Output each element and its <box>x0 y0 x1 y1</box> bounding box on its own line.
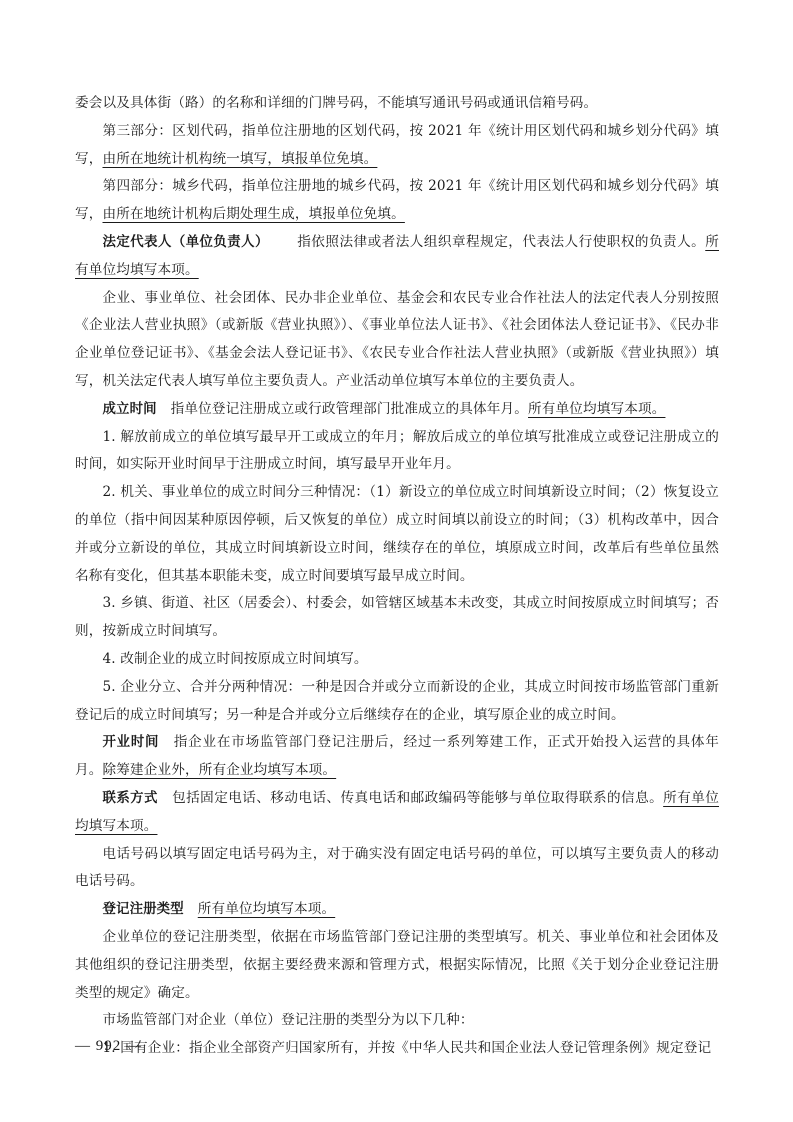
term-heading: 登记注册类型 <box>103 902 184 917</box>
term-heading: 法定代表人（单位负责人） <box>103 235 269 250</box>
underlined-note: 除筹建企业外，所有企业均填写本项。 <box>103 762 337 778</box>
list-item: 4. 改制企业的成立时间按原成立时间填写。 <box>75 646 719 674</box>
underlined-note: 由所在地统计机构后期处理生成，填报单位免填。 <box>103 206 405 222</box>
term-heading: 成立时间 <box>103 402 157 417</box>
underlined-note: 所有单位均填写本项。 <box>198 901 335 917</box>
paragraph-legal-representative: 法定代表人（单位负责人）指依照法律或者法人组织章程规定，代表法人行使职权的负责人… <box>75 229 719 285</box>
list-item: 3. 乡镇、街道、社区（居委会）、村委会，如管辖区域基本未改变，其成立时间按原成… <box>75 590 719 646</box>
list-item: 5. 企业分立、合并分两种情况：一种是因合并或分立而新设的企业，其成立时间按市场… <box>75 674 719 730</box>
list-item: 2. 机关、事业单位的成立时间分三种情况：（1）新设立的单位成立时间填新设立时间… <box>75 479 719 590</box>
paragraph-contact: 联系方式包括固定电话、移动电话、传真电话和邮政编码等能够与单位取得联系的信息。所… <box>75 785 719 841</box>
underlined-note: 由所在地统计机构统一填写，填报单位免填。 <box>103 151 378 167</box>
paragraph-registration-type: 登记注册类型所有单位均填写本项。 <box>75 896 719 924</box>
paragraph-urban-rural-code: 第四部分：城乡代码，指单位注册地的城乡代码，按 2021 年《统计用区划代码和城… <box>75 173 719 229</box>
list-item: 1. 国有企业：指企业全部资产归国家所有，并按《中华人民共和国企业法人登记管理条… <box>75 1035 719 1063</box>
paragraph-region-code: 第三部分：区划代码，指单位注册地的区划代码，按 2021 年《统计用区划代码和城… <box>75 118 719 174</box>
paragraph: 电话号码以填写固定电话号码为主，对于确实没有固定电话号码的单位，可以填写主要负责… <box>75 841 719 897</box>
term-heading: 联系方式 <box>103 791 158 806</box>
page-number: — 992 — <box>75 1038 142 1055</box>
document-body: 委会以及具体街（路）的名称和详细的门牌号码，不能填写通讯号码或通讯信箱号码。 第… <box>75 90 719 1063</box>
underlined-note: 所有单位均填写本项。 <box>528 401 665 417</box>
list-item: 1. 解放前成立的单位填写最早开工或成立的年月；解放后成立的单位填写批准成立或登… <box>75 424 719 480</box>
term-heading: 开业时间 <box>103 735 160 750</box>
paragraph: 企业、事业单位、社会团体、民办非企业单位、基金会和农民专业合作社法人的法定代表人… <box>75 285 719 396</box>
paragraph: 委会以及具体街（路）的名称和详细的门牌号码，不能填写通讯号码或通讯信箱号码。 <box>75 90 719 118</box>
paragraph-establishment-time: 成立时间指单位登记注册成立或行政管理部门批准成立的具体年月。所有单位均填写本项。 <box>75 396 719 424</box>
paragraph-opening-time: 开业时间指企业在市场监管部门登记注册后，经过一系列筹建工作，正式开始投入运营的具… <box>75 729 719 785</box>
paragraph: 市场监管部门对企业（单位）登记注册的类型分为以下几种： <box>75 1007 719 1035</box>
paragraph: 企业单位的登记注册类型，依据在市场监管部门登记注册的类型填写。机关、事业单位和社… <box>75 924 719 1007</box>
